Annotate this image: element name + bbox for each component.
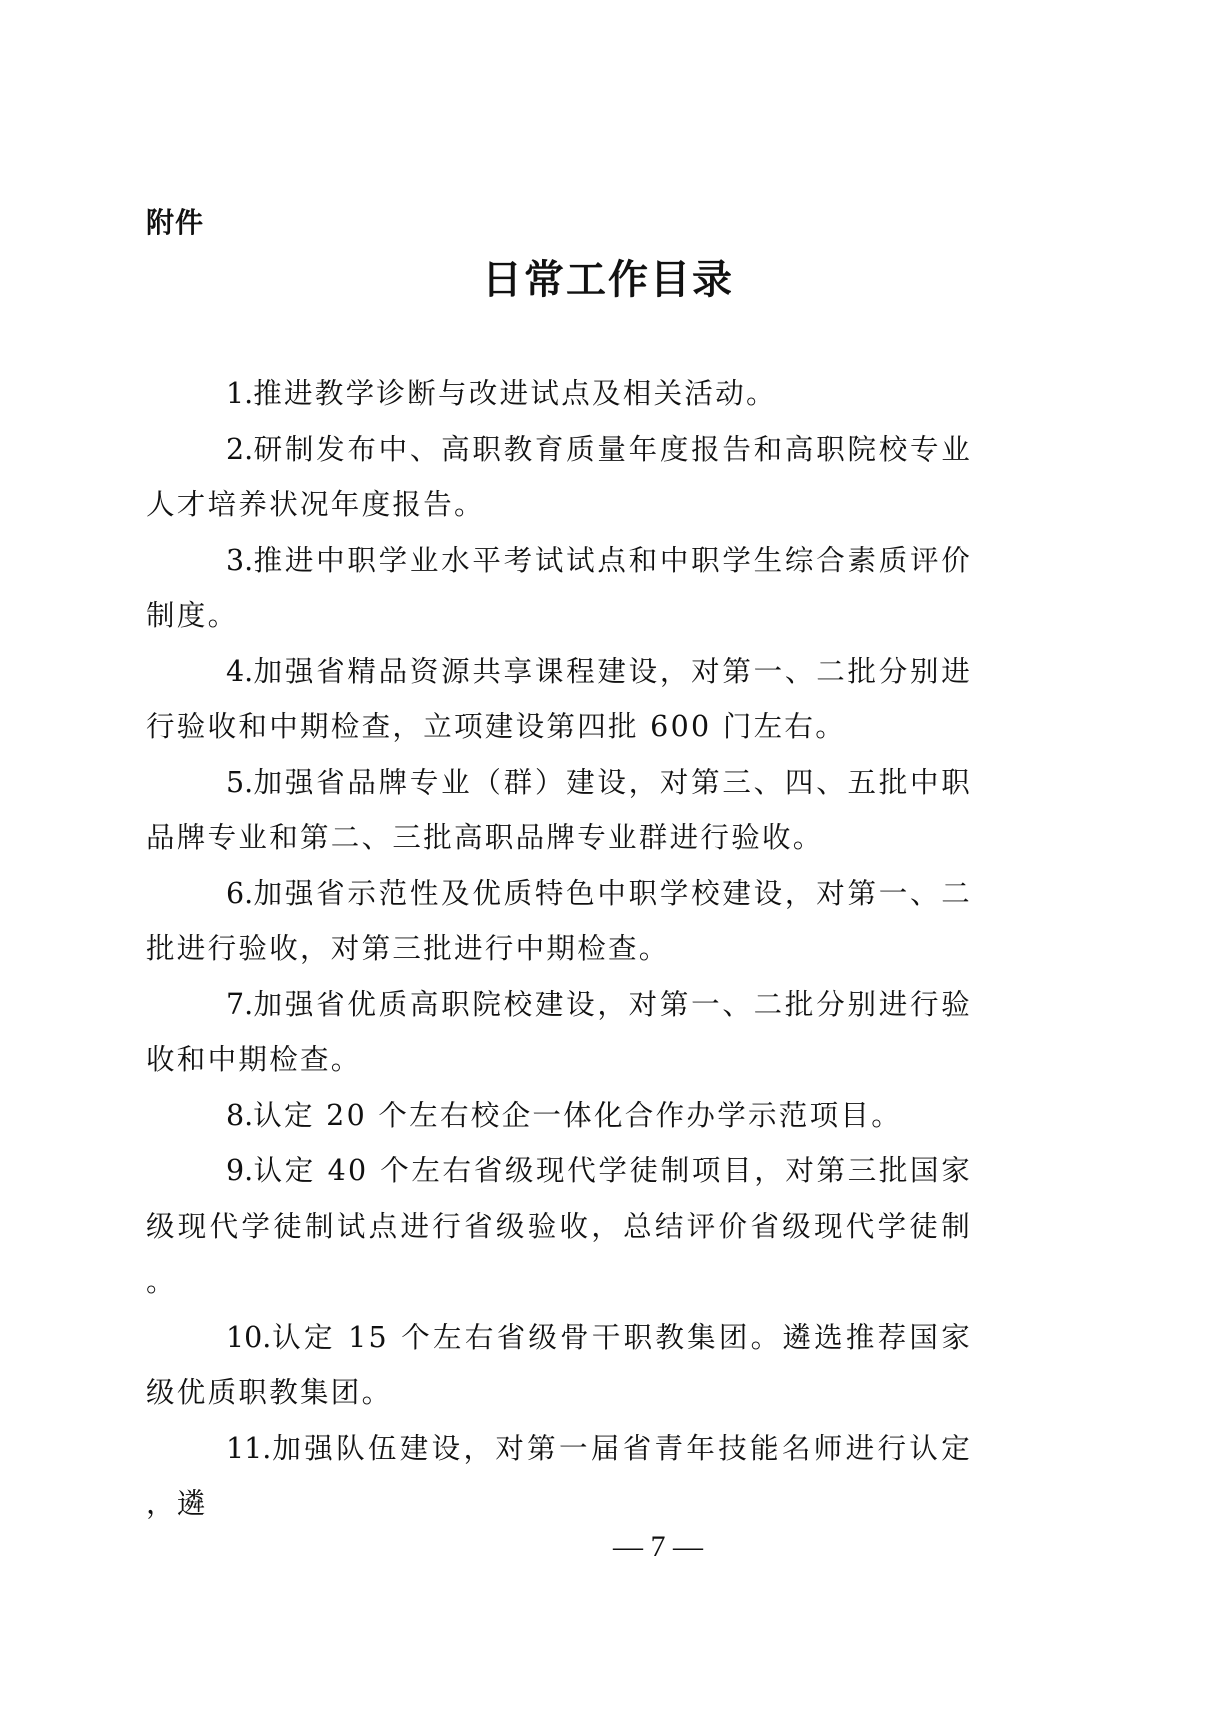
list-item: 4.加强省精品资源共享课程建设，对第一、二批分别进行验收和中期检查，立项建设第四… bbox=[146, 644, 972, 755]
list-item: 9.认定 40 个左右省级现代学徒制项目，对第三批国家级现代学徒制试点进行省级验… bbox=[146, 1143, 972, 1310]
item-number: 4. bbox=[226, 655, 253, 688]
list-item: 8.认定 20 个左右校企一体化合作办学示范项目。 bbox=[146, 1088, 972, 1144]
document-page: 附件 日常工作目录 1.推进教学诊断与改进试点及相关活动。 2.研制发布中、高职… bbox=[0, 0, 1216, 1719]
item-number: 3. bbox=[226, 544, 253, 577]
attachment-label: 附件 bbox=[146, 203, 204, 243]
document-title: 日常工作目录 bbox=[0, 250, 1216, 310]
page-number: — 7 — bbox=[0, 1527, 1216, 1567]
item-text: 加强省精品资源共享课程建设，对第一、二批分别进行验收和中期检查，立项建设第四批 … bbox=[146, 655, 972, 744]
item-number: 1. bbox=[226, 377, 253, 410]
item-text: 推进教学诊断与改进试点及相关活动。 bbox=[253, 377, 777, 410]
item-number: 7. bbox=[226, 988, 253, 1021]
item-number: 10. bbox=[226, 1321, 271, 1354]
list-item: 11.加强队伍建设，对第一届省青年技能名师进行认定，遴 bbox=[146, 1421, 972, 1532]
item-number: 8. bbox=[226, 1099, 253, 1132]
work-item-list: 1.推进教学诊断与改进试点及相关活动。 2.研制发布中、高职教育质量年度报告和高… bbox=[146, 366, 972, 1532]
list-item: 1.推进教学诊断与改进试点及相关活动。 bbox=[146, 366, 972, 422]
list-item: 7.加强省优质高职院校建设，对第一、二批分别进行验收和中期检查。 bbox=[146, 977, 972, 1088]
item-text: 加强省示范性及优质特色中职学校建设，对第一、二批进行验收，对第三批进行中期检查。 bbox=[146, 877, 972, 966]
item-text: 认定 20 个左右校企一体化合作办学示范项目。 bbox=[253, 1099, 902, 1132]
item-number: 6. bbox=[226, 877, 253, 910]
item-number: 5. bbox=[226, 766, 253, 799]
list-item: 6.加强省示范性及优质特色中职学校建设，对第一、二批进行验收，对第三批进行中期检… bbox=[146, 866, 972, 977]
item-number: 11. bbox=[226, 1432, 271, 1465]
item-text: 加强省优质高职院校建设，对第一、二批分别进行验收和中期检查。 bbox=[146, 988, 972, 1077]
list-item: 5.加强省品牌专业（群）建设，对第三、四、五批中职品牌专业和第二、三批高职品牌专… bbox=[146, 755, 972, 866]
item-number: 2. bbox=[226, 433, 253, 466]
list-item: 10.认定 15 个左右省级骨干职教集团。遴选推荐国家级优质职教集团。 bbox=[146, 1310, 972, 1421]
item-text: 研制发布中、高职教育质量年度报告和高职院校专业人才培养状况年度报告。 bbox=[146, 433, 972, 522]
list-item: 2.研制发布中、高职教育质量年度报告和高职院校专业人才培养状况年度报告。 bbox=[146, 422, 972, 533]
list-item: 3.推进中职学业水平考试试点和中职学生综合素质评价制度。 bbox=[146, 533, 972, 644]
item-number: 9. bbox=[226, 1154, 253, 1187]
item-text: 推进中职学业水平考试试点和中职学生综合素质评价制度。 bbox=[146, 544, 972, 633]
item-text: 加强省品牌专业（群）建设，对第三、四、五批中职品牌专业和第二、三批高职品牌专业群… bbox=[146, 766, 972, 855]
item-text: 认定 40 个左右省级现代学徒制项目，对第三批国家级现代学徒制试点进行省级验收，… bbox=[146, 1154, 972, 1298]
